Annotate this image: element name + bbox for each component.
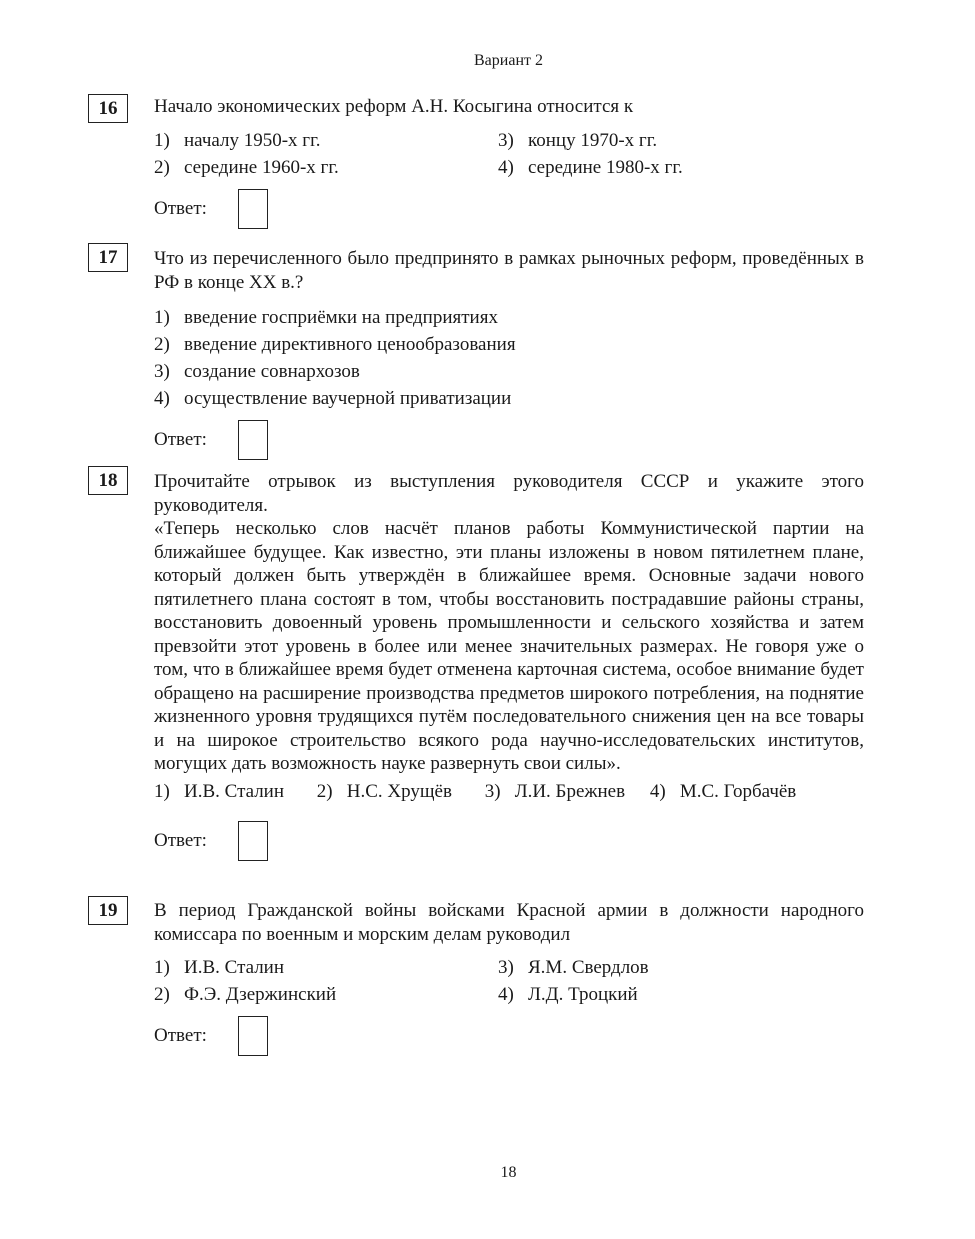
question-text: Что из перечисленного было предпринято в… <box>154 247 864 294</box>
answer-box[interactable] <box>238 1016 268 1056</box>
answer-row: Ответ: <box>154 420 864 460</box>
task-number: 17 <box>88 243 128 272</box>
answer-row: Ответ: <box>154 821 864 861</box>
page-number: 18 <box>0 1164 975 1182</box>
option-2: 2)Ф.Э. Дзержинский <box>154 983 498 1006</box>
answer-box[interactable] <box>238 420 268 460</box>
option-4: 4)М.С. Горбачёв <box>650 781 796 802</box>
option-1: 1)И.В. Сталин <box>154 781 284 802</box>
answer-label: Ответ: <box>154 198 238 220</box>
option-3: 3)Я.М. Свердлов <box>498 956 858 979</box>
options-list: 1)И.В. Сталин 2)Н.С. Хрущёв 3)Л.И. Брежн… <box>154 780 864 803</box>
task-number: 16 <box>88 94 128 123</box>
option-2: 2)середине 1960-х гг. <box>154 156 498 179</box>
question-text: В период Гражданской войны войсками Крас… <box>154 899 864 946</box>
task-number: 19 <box>88 896 128 925</box>
options-list: 1)началу 1950-х гг. 3)концу 1970-х гг. 2… <box>154 129 864 179</box>
options-list: 1)введение госприёмки на предприятиях 2)… <box>154 304 864 412</box>
option-4: 4)осуществление ваучерной приватизации <box>154 385 864 412</box>
option-2: 2)Н.С. Хрущёв <box>317 781 452 802</box>
quote-text: «Теперь несколько слов насчёт планов раб… <box>154 517 864 776</box>
answer-box[interactable] <box>238 821 268 861</box>
option-4: 4)Л.Д. Троцкий <box>498 983 858 1006</box>
option-1: 1)введение госприёмки на предприятиях <box>154 304 864 331</box>
answer-label: Ответ: <box>154 429 238 451</box>
option-3: 3)концу 1970-х гг. <box>498 129 858 152</box>
option-4: 4)середине 1980-х гг. <box>498 156 858 179</box>
option-1: 1)И.В. Сталин <box>154 956 498 979</box>
page-header: Вариант 2 <box>0 52 975 70</box>
answer-label: Ответ: <box>154 1025 238 1047</box>
answer-box[interactable] <box>238 189 268 229</box>
options-list: 1)И.В. Сталин 3)Я.М. Свердлов 2)Ф.Э. Дзе… <box>154 956 864 1006</box>
option-2: 2)введение директивного ценообразования <box>154 331 864 358</box>
question-text: Прочитайте отрывок из выступления руково… <box>154 470 864 517</box>
option-1: 1)началу 1950-х гг. <box>154 129 498 152</box>
task-number: 18 <box>88 466 128 495</box>
answer-label: Ответ: <box>154 830 238 852</box>
option-3: 3)создание совнархозов <box>154 358 864 385</box>
question-text: Начало экономических реформ А.Н. Косыгин… <box>154 95 864 119</box>
answer-row: Ответ: <box>154 1016 864 1056</box>
option-3: 3)Л.И. Брежнев <box>485 781 625 802</box>
answer-row: Ответ: <box>154 189 864 229</box>
